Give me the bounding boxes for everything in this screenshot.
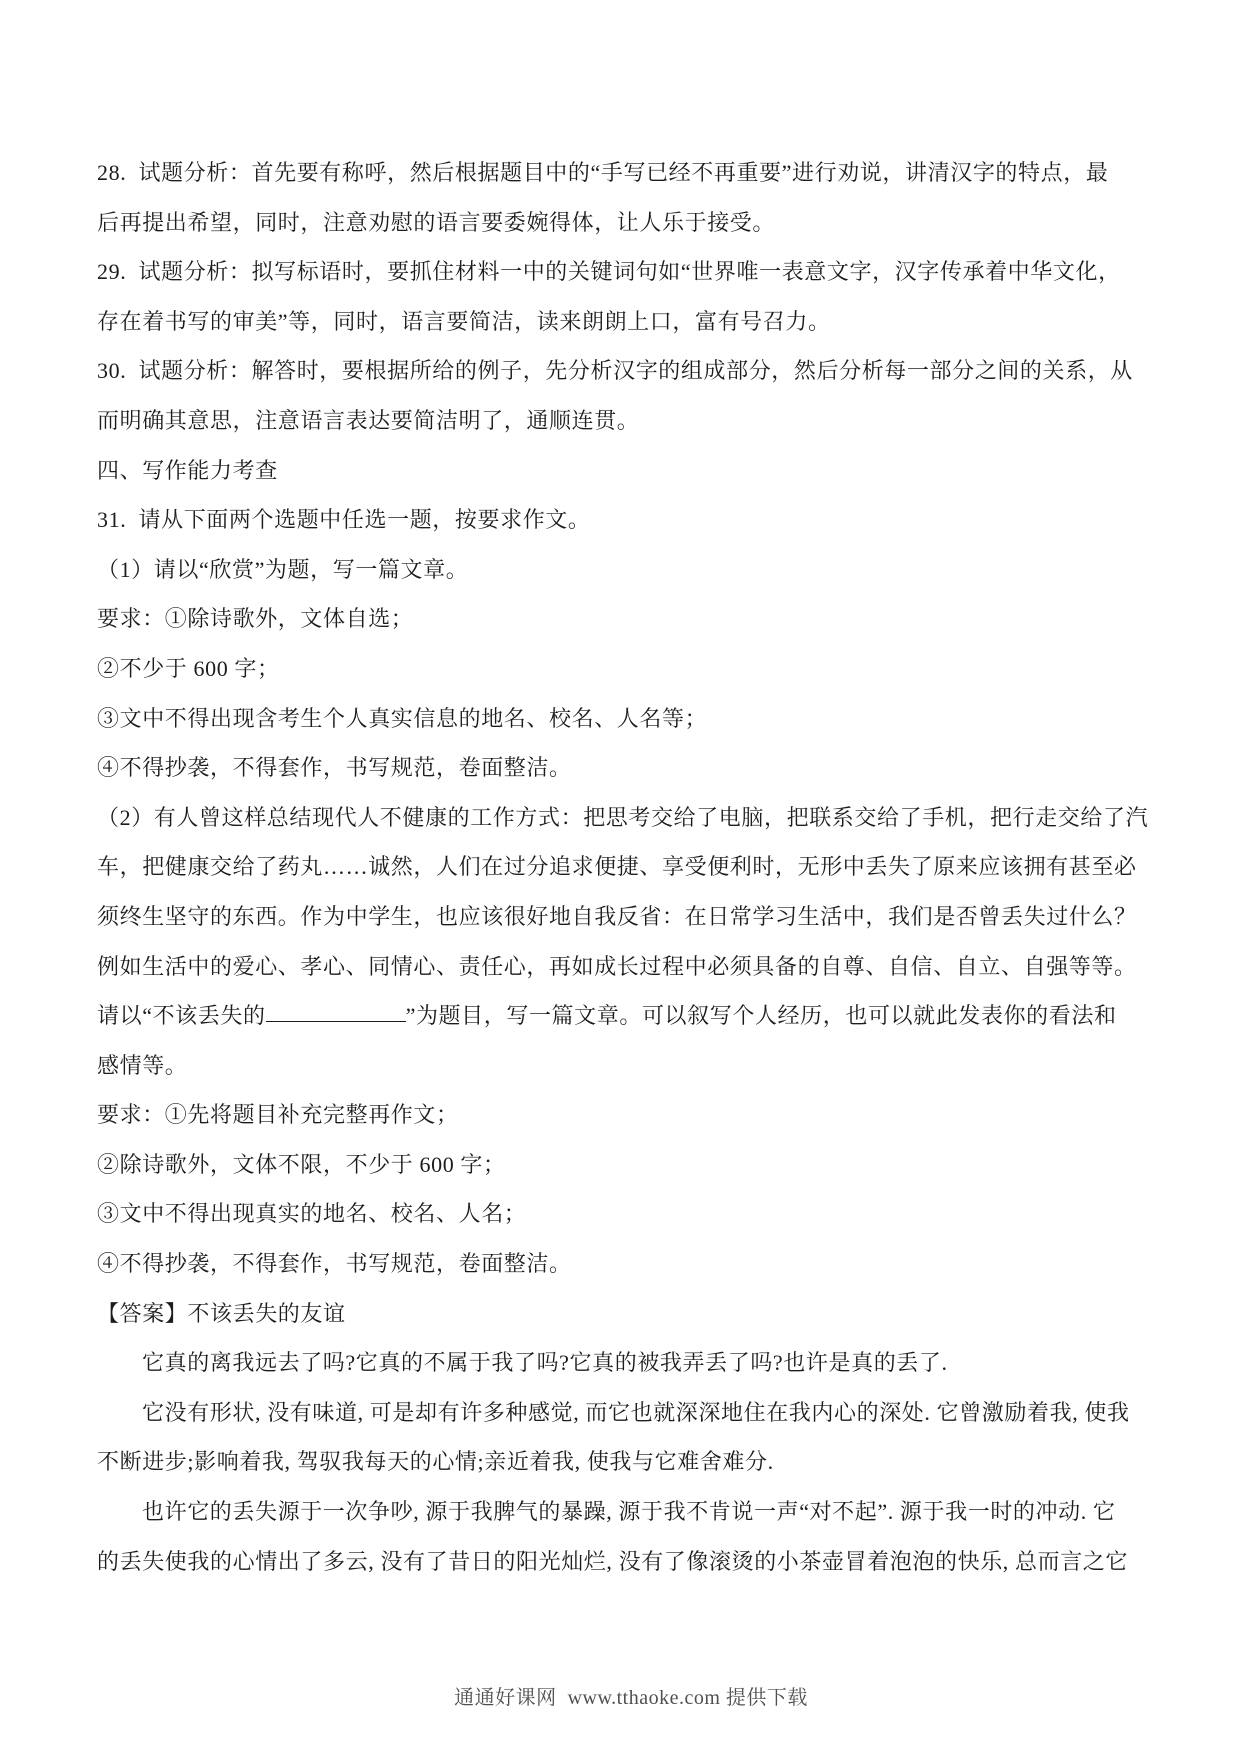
text-line: 四、写作能力考查: [97, 446, 1149, 496]
text-segment: 要求：①除诗歌外，文体自选；: [97, 606, 413, 631]
text-line: ④不得抄袭，不得套作，书写规范，卷面整洁。: [97, 743, 1149, 793]
footer-text: 通通好课网 www.tthaoke.com 提供下载: [454, 1687, 808, 1709]
text-line: 也许它的丢失源于一次争吵, 源于我脾气的暴躁, 源于我不肯说一声“对不起”. 源…: [97, 1487, 1149, 1537]
text-line: 30. 试题分析：解答时，要根据所给的例子，先分析汉字的组成部分，然后分析每一部…: [97, 346, 1149, 396]
text-line: 它真的离我远去了吗?它真的不属于我了吗?它真的被我弄丢了吗?也许是真的丢了.: [97, 1338, 1149, 1388]
text-segment: （2）有人曾这样总结现代人不健康的工作方式：把思考交给了电脑，把联系交给了手机，…: [97, 805, 1148, 830]
text-line: 后再提出希望，同时，注意劝慰的语言要委婉得体，让人乐于接受。: [97, 198, 1149, 248]
text-segment: ④不得抄袭，不得套作，书写规范，卷面整洁。: [97, 755, 572, 780]
fill-in-blank: [266, 1020, 406, 1022]
text-segment: 28. 试题分析：首先要有称呼，然后根据题目中的“手写已经不再重要”进行劝说，讲…: [97, 160, 1108, 185]
text-segment: ③文中不得出现含考生个人真实信息的地名、校名、人名等；: [97, 706, 707, 731]
text-segment: 感情等。: [97, 1053, 187, 1078]
text-line: 感情等。: [97, 1041, 1149, 1091]
text-line: 28. 试题分析：首先要有称呼，然后根据题目中的“手写已经不再重要”进行劝说，讲…: [97, 148, 1149, 198]
text-line: ③文中不得出现真实的地名、校名、人名；: [97, 1189, 1149, 1239]
text-segment: ”为题目，写一篇文章。可以叙写个人经历，也可以就此发表你的看法和: [406, 1003, 1117, 1028]
document-page: 28. 试题分析：首先要有称呼，然后根据题目中的“手写已经不再重要”进行劝说，讲…: [0, 0, 1240, 1754]
text-segment: 车，把健康交给了药丸……诚然，人们在过分追求便捷、享受便利时，无形中丢失了原来应…: [97, 854, 1137, 879]
document-lines: 28. 试题分析：首先要有称呼，然后根据题目中的“手写已经不再重要”进行劝说，讲…: [97, 148, 1149, 1586]
text-segment: ③文中不得出现真实的地名、校名、人名；: [97, 1201, 526, 1226]
text-segment: 【答案】不该丢失的友谊: [97, 1301, 346, 1326]
text-line: ②除诗歌外，文体不限，不少于 600 字；: [97, 1140, 1149, 1190]
text-line: 【答案】不该丢失的友谊: [97, 1289, 1149, 1339]
text-line: 要求：①先将题目补充完整再作文；: [97, 1090, 1149, 1140]
text-line: ②不少于 600 字；: [97, 644, 1149, 694]
text-segment: 而明确其意思，注意语言表达要简洁明了，通顺连贯。: [97, 408, 639, 433]
text-line: 要求：①除诗歌外，文体自选；: [97, 594, 1149, 644]
text-line: 不断进步;影响着我, 驾驭我每天的心情;亲近着我, 使我与它难舍难分.: [97, 1437, 1149, 1487]
text-segment: 存在着书写的审美”等，同时，语言要简洁，读来朗朗上口，富有号召力。: [97, 309, 831, 334]
text-segment: 30. 试题分析：解答时，要根据所给的例子，先分析汉字的组成部分，然后分析每一部…: [97, 358, 1133, 383]
text-line: 31. 请从下面两个选题中任选一题，按要求作文。: [97, 495, 1149, 545]
text-segment: 也许它的丢失源于一次争吵, 源于我脾气的暴躁, 源于我不肯说一声“对不起”. 源…: [142, 1499, 1116, 1524]
text-line: 例如生活中的爱心、孝心、同情心、责任心，再如成长过程中必须具备的自尊、自信、自立…: [97, 942, 1149, 992]
page-footer: 通通好课网 www.tthaoke.com 提供下载: [0, 1658, 1240, 1733]
text-segment: ④不得抄袭，不得套作，书写规范，卷面整洁。: [97, 1251, 572, 1276]
text-segment: 它真的离我远去了吗?它真的不属于我了吗?它真的被我弄丢了吗?也许是真的丢了.: [142, 1350, 948, 1375]
text-line: 它没有形状, 没有味道, 可是却有许多种感觉, 而它也就深深地住在我内心的深处.…: [97, 1388, 1149, 1438]
text-line: （1）请以“欣赏”为题，写一篇文章。: [97, 545, 1149, 595]
text-line: 存在着书写的审美”等，同时，语言要简洁，读来朗朗上口，富有号召力。: [97, 297, 1149, 347]
text-line: 而明确其意思，注意语言表达要简洁明了，通顺连贯。: [97, 396, 1149, 446]
text-line: 须终生坚守的东西。作为中学生，也应该很好地自我反省：在日常学习生活中，我们是否曾…: [97, 892, 1149, 942]
text-line: （2）有人曾这样总结现代人不健康的工作方式：把思考交给了电脑，把联系交给了手机，…: [97, 793, 1149, 843]
text-segment: 要求：①先将题目补充完整再作文；: [97, 1102, 459, 1127]
text-segment: ②不少于 600 字；: [97, 656, 280, 681]
text-line: ④不得抄袭，不得套作，书写规范，卷面整洁。: [97, 1239, 1149, 1289]
text-segment: 的丢失使我的心情出了多云, 没有了昔日的阳光灿烂, 没有了像滚烫的小茶壶冒着泡泡…: [97, 1549, 1128, 1574]
text-segment: 31. 请从下面两个选题中任选一题，按要求作文。: [97, 507, 591, 532]
text-line: 29. 试题分析：拟写标语时，要抓住材料一中的关键词句如“世界唯一表意文字，汉字…: [97, 247, 1149, 297]
text-segment: 请以“不该丢失的: [97, 1003, 266, 1028]
text-segment: 29. 试题分析：拟写标语时，要抓住材料一中的关键词句如“世界唯一表意文字，汉字…: [97, 259, 1121, 284]
text-segment: 须终生坚守的东西。作为中学生，也应该很好地自我反省：在日常学习生活中，我们是否曾…: [97, 904, 1137, 929]
text-segment: ②除诗歌外，文体不限，不少于 600 字；: [97, 1152, 506, 1177]
text-line: ③文中不得出现含考生个人真实信息的地名、校名、人名等；: [97, 694, 1149, 744]
text-segment: 它没有形状, 没有味道, 可是却有许多种感觉, 而它也就深深地住在我内心的深处.…: [142, 1400, 1130, 1425]
text-segment: 后再提出希望，同时，注意劝慰的语言要委婉得体，让人乐于接受。: [97, 210, 775, 235]
text-line: 的丢失使我的心情出了多云, 没有了昔日的阳光灿烂, 没有了像滚烫的小茶壶冒着泡泡…: [97, 1537, 1149, 1587]
text-segment: 不断进步;影响着我, 驾驭我每天的心情;亲近着我, 使我与它难舍难分.: [97, 1449, 774, 1474]
text-line: 车，把健康交给了药丸……诚然，人们在过分追求便捷、享受便利时，无形中丢失了原来应…: [97, 842, 1149, 892]
text-segment: （1）请以“欣赏”为题，写一篇文章。: [97, 557, 468, 582]
text-segment: 四、写作能力考查: [97, 458, 278, 483]
text-line: 请以“不该丢失的”为题目，写一篇文章。可以叙写个人经历，也可以就此发表你的看法和: [97, 991, 1149, 1041]
text-segment: 例如生活中的爱心、孝心、同情心、责任心，再如成长过程中必须具备的自尊、自信、自立…: [97, 954, 1137, 979]
